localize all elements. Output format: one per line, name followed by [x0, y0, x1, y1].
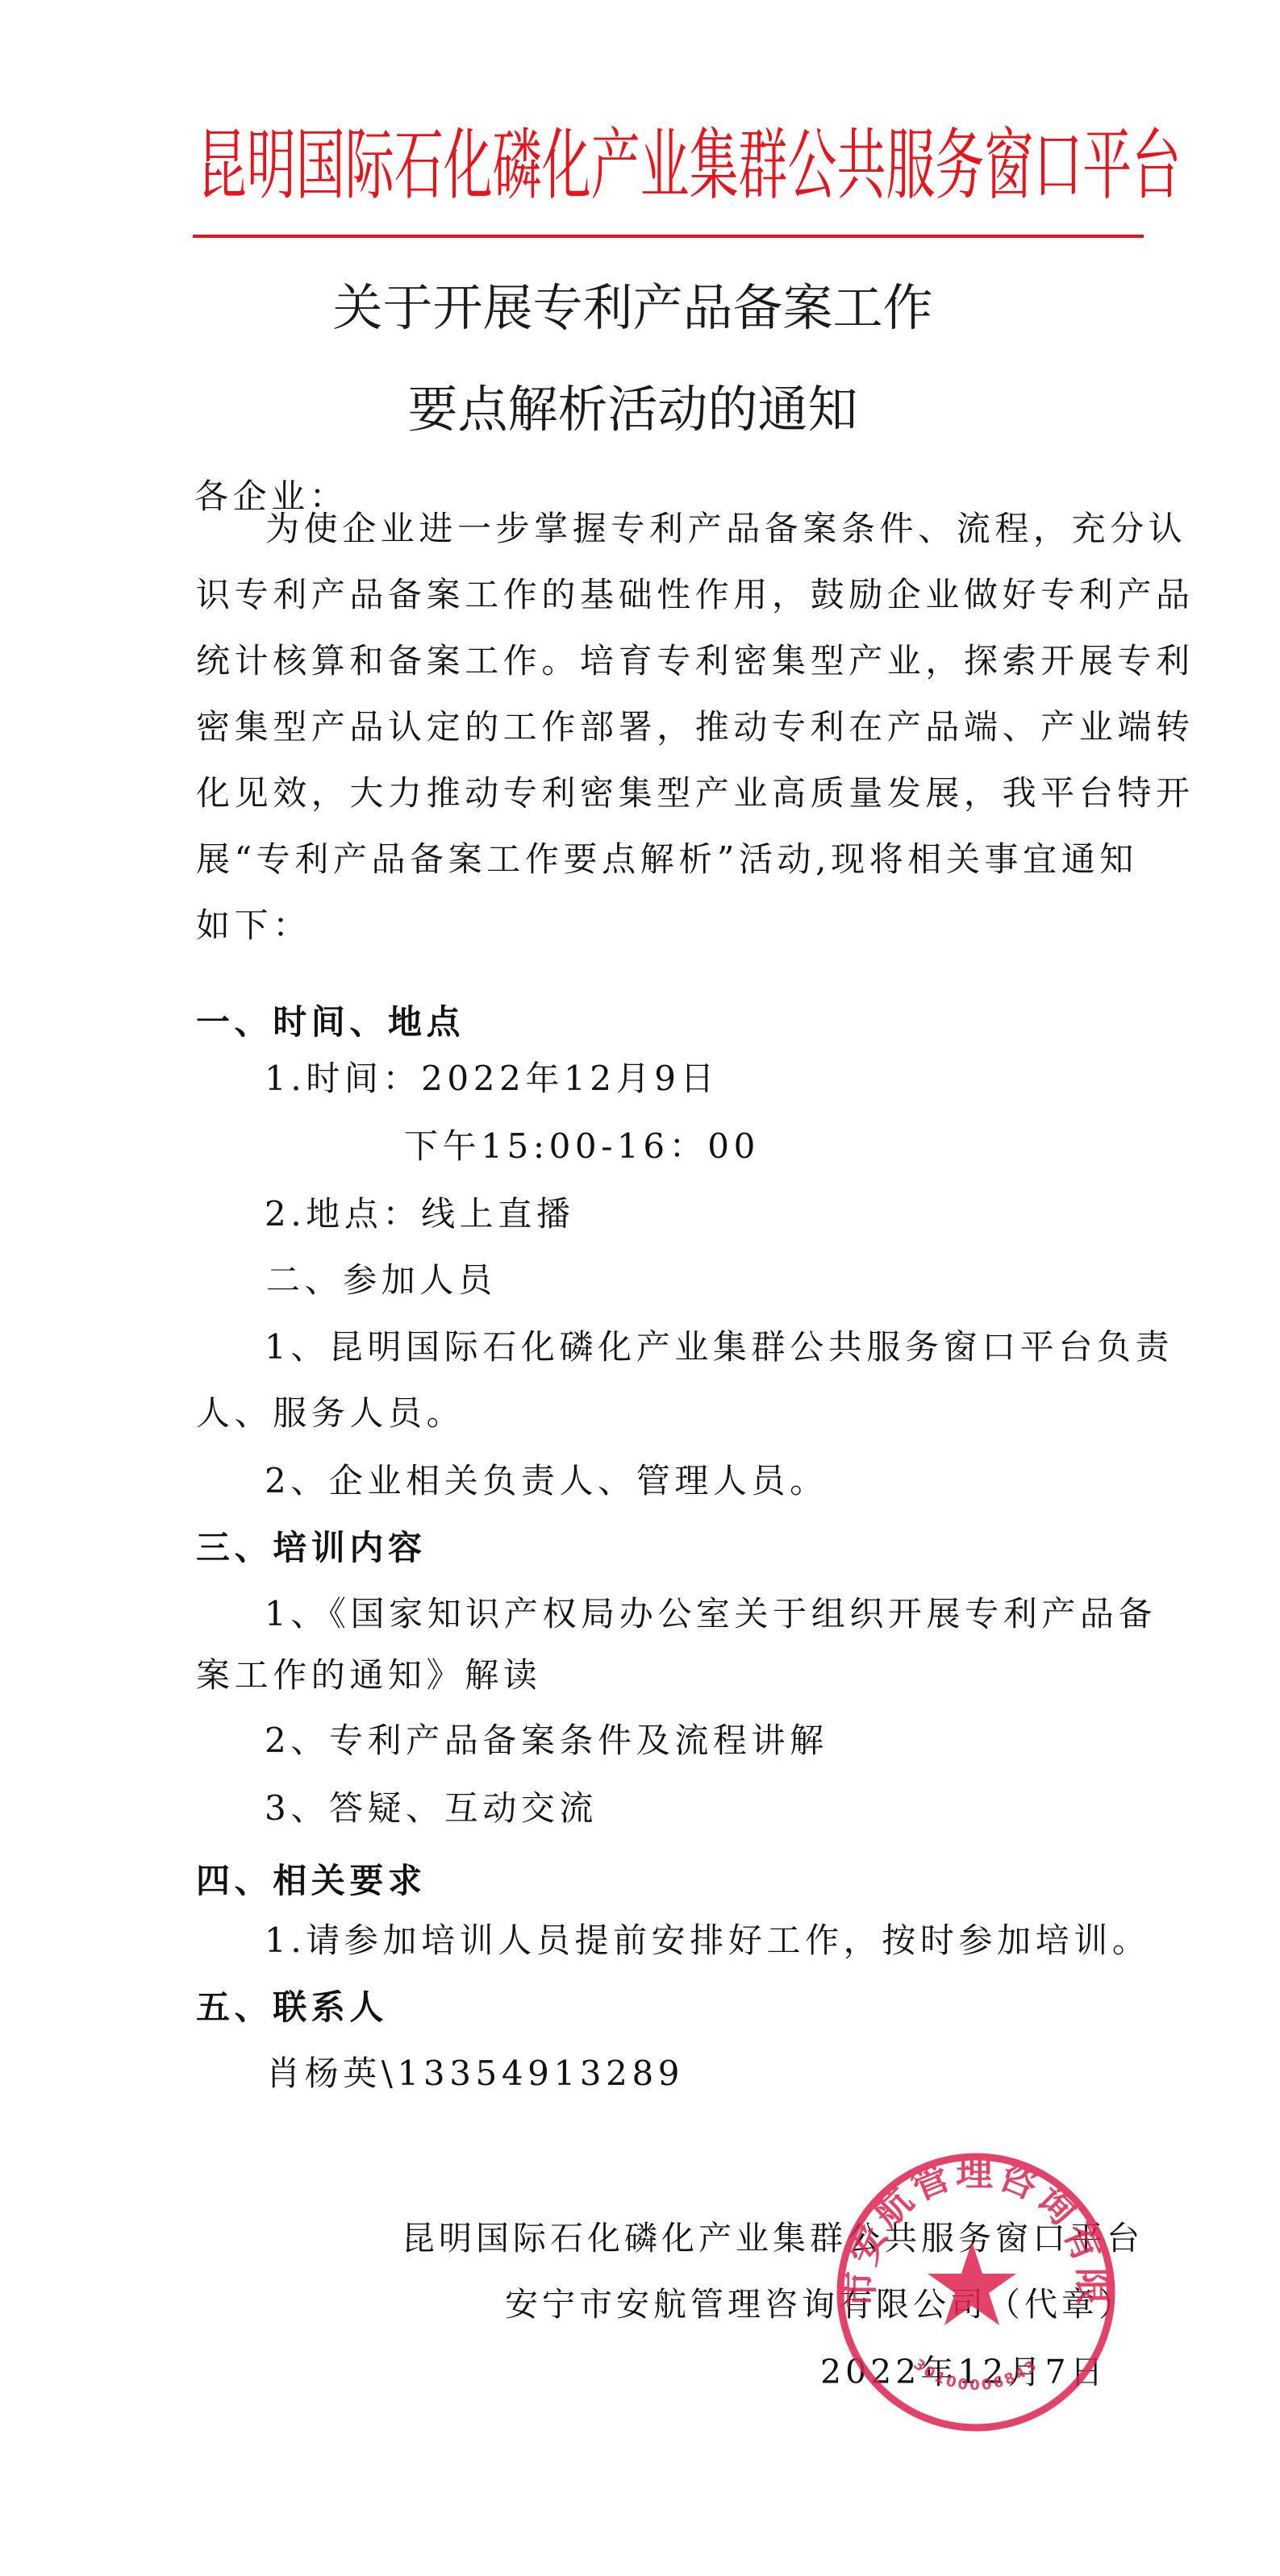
signature-date: 2022年12月7日: [820, 2351, 1107, 2393]
intro-line: 化见效，大力推动专利密集型产业高质量发展，我平台特开: [196, 772, 1195, 814]
event-time-slot: 下午15:00-16：00: [404, 1126, 760, 1167]
intro-line: 统计核算和备案工作。培育专利密集型产业，探索开展专利: [196, 640, 1195, 682]
signature-org-2: 安宁市安航管理咨询有限公司（代章）: [505, 2283, 1136, 2325]
section-heading: 五、联系人: [196, 1987, 388, 2029]
section-heading: 三、培训内容: [196, 1527, 427, 1569]
intro-line: 展“专利产品备案工作要点解析”活动,现将相关事宜通知: [196, 839, 1138, 880]
document-title-line-2: 要点解析活动的通知: [0, 377, 1273, 442]
intro-line: 为使企业进一步掌握专利产品备案条件、流程，充分认: [265, 508, 1186, 550]
section-heading: 四、相关要求: [196, 1860, 427, 1902]
participant-item: 2、企业相关负责人、管理人员。: [265, 1460, 828, 1502]
participant-item-cont: 人、服务人员。: [196, 1392, 465, 1434]
content-item: 2、专利产品备案条件及流程讲解: [265, 1720, 828, 1762]
content-item-cont: 案工作的通知》解读: [196, 1654, 541, 1696]
section-heading: 二、参加人员: [266, 1259, 497, 1301]
event-time: 1.时间：2022年12月9日: [265, 1058, 719, 1100]
event-place: 2.地点：线上直播: [265, 1193, 574, 1235]
content-item: 1、《国家知识产权局办公室关于组织开展专利产品备: [265, 1593, 1157, 1635]
masthead-red-rule: [193, 235, 1144, 238]
signature-org-1: 昆明国际石化磷化产业集群公共服务窗口平台: [402, 2217, 1144, 2259]
intro-line: 密集型产品认定的工作部署，推动专利在产品端、产业端转: [196, 706, 1195, 748]
requirement-item: 1.请参加培训人员提前安排好工作，按时参加培训。: [265, 1920, 1150, 1962]
intro-line: 识专利产品备案工作的基础性作用，鼓励企业做好专利产品: [196, 574, 1195, 616]
content-item: 3、答疑、互动交流: [265, 1787, 598, 1829]
contact-person: 肖杨英\13354913289: [266, 2053, 684, 2095]
document-title-line-1: 关于开展专利产品备案工作: [0, 276, 1273, 340]
section-heading: 一、时间、地点: [196, 1001, 465, 1043]
masthead-org-name: 昆明国际石化磷化产业集群公共服务窗口平台: [198, 121, 1181, 210]
participant-item: 1、昆明国际石化磷化产业集群公共服务窗口平台负责: [265, 1326, 1174, 1368]
intro-line: 如下：: [196, 905, 311, 947]
